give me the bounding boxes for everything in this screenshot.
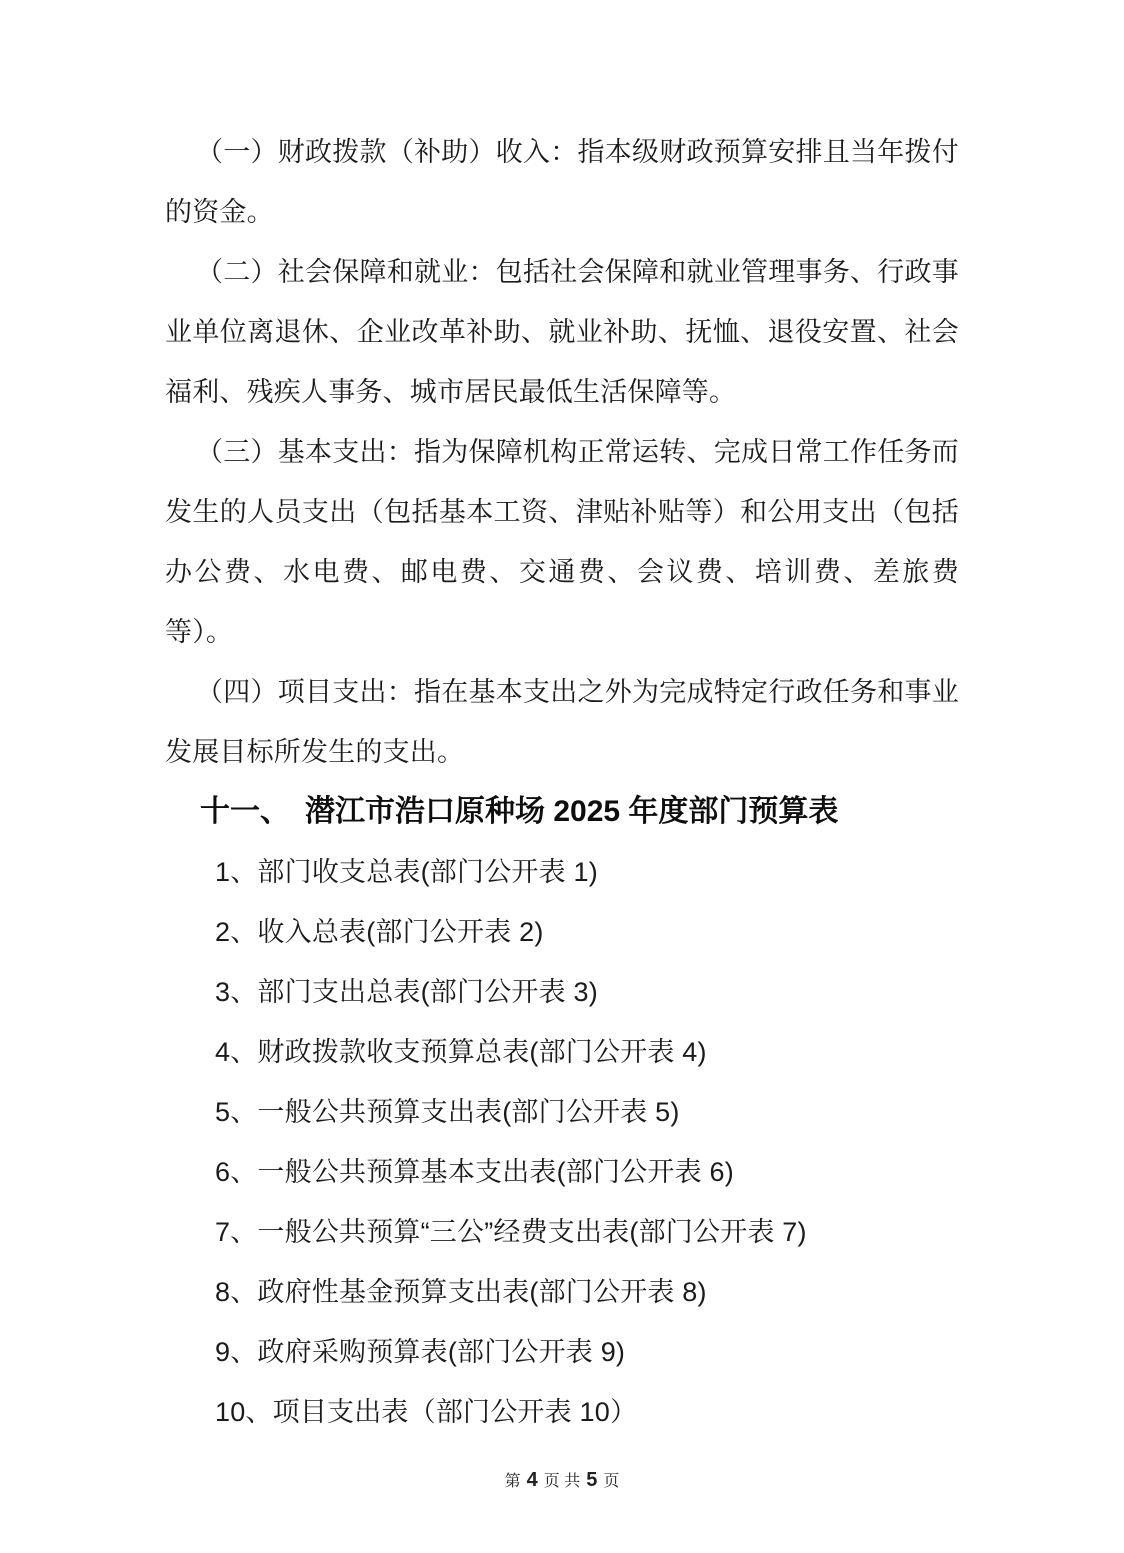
list-item-table-3: 3、部门支出总表(部门公开表 3) bbox=[165, 962, 959, 1022]
list-item-table-1: 1、部门收支总表(部门公开表 1) bbox=[165, 842, 959, 902]
document-page: （一）财政拨款（补助）收入：指本级财政预算安排且当年拨付的资金。 （二）社会保障… bbox=[0, 0, 1124, 1553]
paragraph-social-security-employment: （二）社会保障和就业：包括社会保障和就业管理事务、行政事业单位离退休、企业改革补… bbox=[165, 242, 959, 422]
page-footer: 第4页 共5页 bbox=[165, 1468, 959, 1492]
list-item-table-7: 7、一般公共预算“三公”经费支出表(部门公开表 7) bbox=[165, 1202, 959, 1262]
footer-label-of: 页 共 bbox=[544, 1473, 580, 1490]
footer-label-page: 第 bbox=[505, 1473, 521, 1490]
list-item-table-4: 4、财政拨款收支预算总表(部门公开表 4) bbox=[165, 1022, 959, 1082]
list-item-table-6: 6、一般公共预算基本支出表(部门公开表 6) bbox=[165, 1142, 959, 1202]
list-item-table-9: 9、政府采购预算表(部门公开表 9) bbox=[165, 1322, 959, 1382]
total-pages: 5 bbox=[586, 1469, 597, 1491]
list-item-table-5: 5、一般公共预算支出表(部门公开表 5) bbox=[165, 1082, 959, 1142]
section-heading: 十一、 潜江市浩口原种场 2025 年度部门预算表 bbox=[165, 782, 959, 842]
paragraph-project-expenditure: （四）项目支出：指在基本支出之外为完成特定行政任务和事业发展目标所发生的支出。 bbox=[165, 662, 959, 782]
list-item-table-2: 2、收入总表(部门公开表 2) bbox=[165, 902, 959, 962]
page-number: 4 bbox=[527, 1469, 538, 1491]
footer-label-pages: 页 bbox=[603, 1473, 619, 1490]
list-item-table-8: 8、政府性基金预算支出表(部门公开表 8) bbox=[165, 1262, 959, 1322]
paragraph-basic-expenditure: （三）基本支出：指为保障机构正常运转、完成日常工作任务而发生的人员支出（包括基本… bbox=[165, 422, 959, 662]
list-item-table-10: 10、项目支出表（部门公开表 10） bbox=[165, 1382, 959, 1442]
paragraph-fiscal-appropriation-income: （一）财政拨款（补助）收入：指本级财政预算安排且当年拨付的资金。 bbox=[165, 122, 959, 242]
